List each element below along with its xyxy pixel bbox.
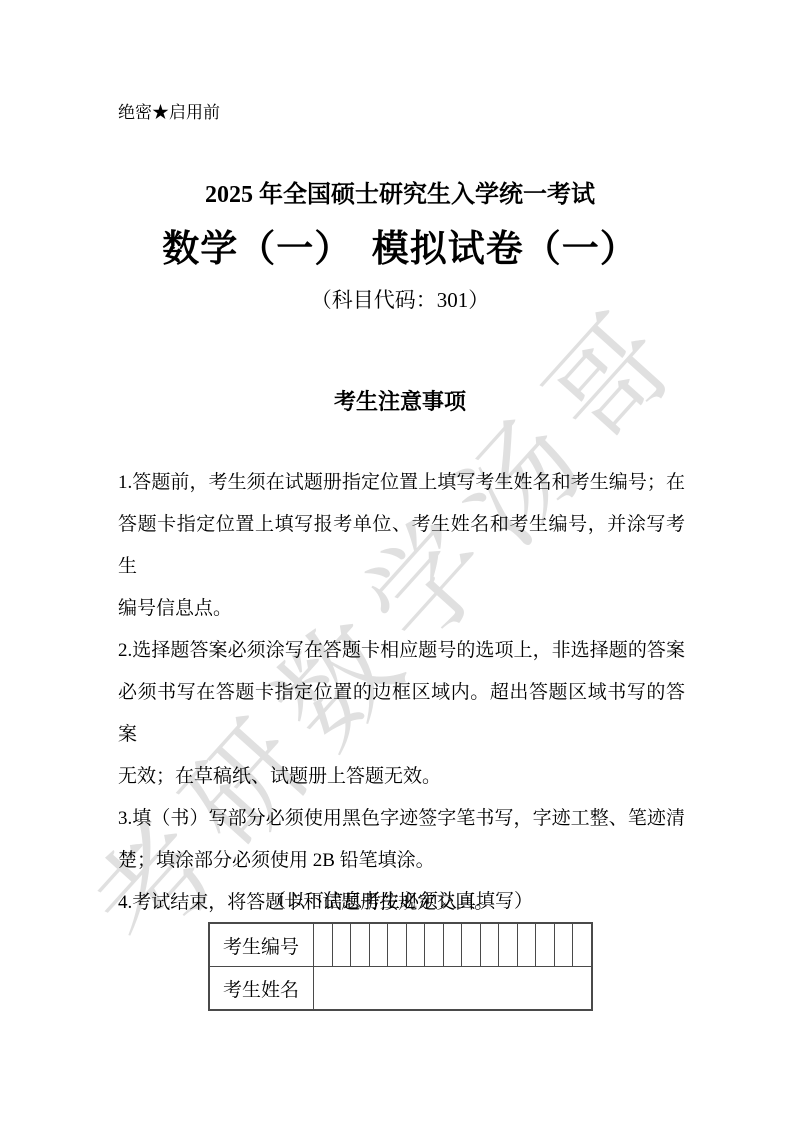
notice-item-2-line: 必须书写在答题卡指定位置的边框区域内。超出答题区域书写的答案 <box>118 672 685 756</box>
digit-cell[interactable] <box>535 924 554 966</box>
digit-cell[interactable] <box>572 924 591 966</box>
digit-cell[interactable] <box>387 924 406 966</box>
notice-item-3-line: 楚；填涂部分必须使用 2B 铅笔填涂。 <box>118 840 685 882</box>
paper-title: 数学（一） 模拟试卷（一） <box>0 218 800 272</box>
candidate-number-grid <box>314 924 591 966</box>
notice-item-3-line: 3.填（书）写部分必须使用黑色字迹签字笔书写，字迹工整、笔迹清 <box>118 798 685 840</box>
notice-heading: 考生注意事项 <box>0 385 800 416</box>
digit-cell[interactable] <box>443 924 462 966</box>
fill-section-caption: （以下信息考生必须认真填写） <box>0 886 800 913</box>
notice-item-2-line: 2.选择题答案必须涂写在答题卡相应题号的选项上，非选择题的答案 <box>118 630 685 672</box>
candidate-name-label: 考生姓名 <box>210 967 314 1009</box>
exam-cover-page: 考研数学汤哥 绝密★启用前 2025 年全国硕士研究生入学统一考试 数学（一） … <box>0 0 800 1131</box>
candidate-name-row: 考生姓名 <box>210 966 591 1009</box>
exam-title: 2025 年全国硕士研究生入学统一考试 <box>0 174 800 209</box>
candidate-info-table: 考生编号 考生姓名 <box>208 922 593 1011</box>
classification-label: 绝密★启用前 <box>118 98 220 123</box>
digit-cell[interactable] <box>461 924 480 966</box>
digit-cell[interactable] <box>424 924 443 966</box>
digit-cell[interactable] <box>350 924 369 966</box>
notice-item-2-line: 无效；在草稿纸、试题册上答题无效。 <box>118 756 685 798</box>
candidate-number-row: 考生编号 <box>210 924 591 966</box>
notice-body: 1.答题前，考生须在试题册指定位置上填写考生姓名和考生编号；在 答题卡指定位置上… <box>118 462 685 924</box>
digit-cell[interactable] <box>406 924 425 966</box>
digit-cell[interactable] <box>332 924 351 966</box>
digit-cell[interactable] <box>314 924 332 966</box>
digit-cell[interactable] <box>554 924 573 966</box>
candidate-name-field[interactable] <box>314 967 591 1009</box>
subject-code: （科目代码：301） <box>0 284 800 314</box>
digit-cell[interactable] <box>517 924 536 966</box>
notice-item-1-line: 答题卡指定位置上填写报考单位、考生姓名和考生编号，并涂写考生 <box>118 504 685 588</box>
notice-item-1-line: 编号信息点。 <box>118 588 685 630</box>
candidate-number-label: 考生编号 <box>210 924 314 966</box>
digit-cell[interactable] <box>480 924 499 966</box>
digit-cell[interactable] <box>498 924 517 966</box>
digit-cell[interactable] <box>369 924 388 966</box>
notice-item-1-line: 1.答题前，考生须在试题册指定位置上填写考生姓名和考生编号；在 <box>118 462 685 504</box>
